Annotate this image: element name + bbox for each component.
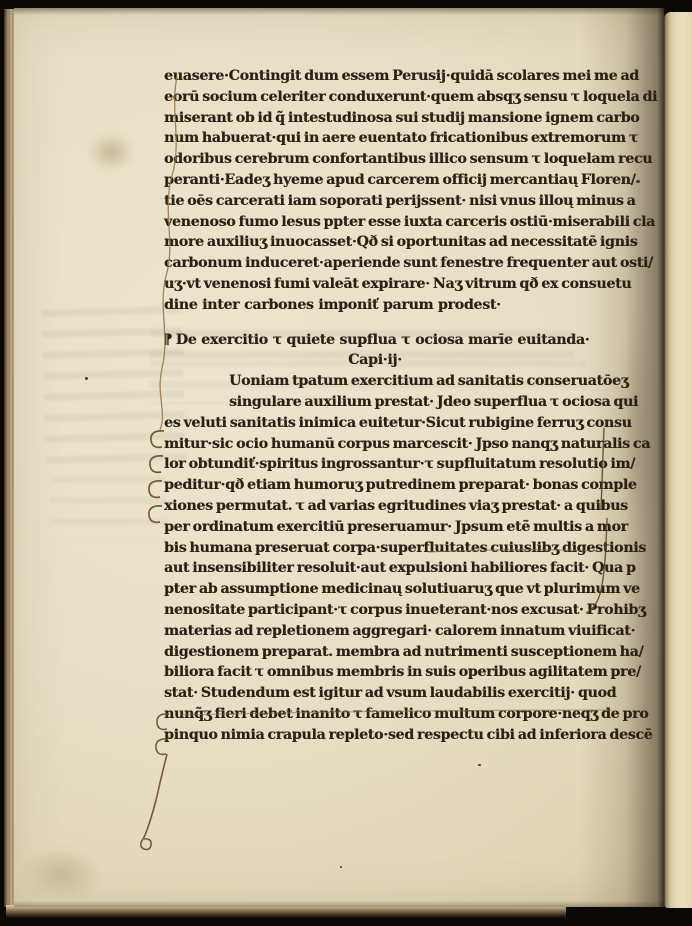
text-line: miserant ob id q̃ intestudinosa sui stud… — [164, 108, 586, 129]
paper-stain — [22, 846, 102, 902]
scan-background: euasere·Contingit dum essem Perusij·quid… — [0, 0, 692, 926]
text-line: euasere·Contingit dum essem Perusij·quid… — [164, 66, 586, 87]
chapter-title: De exercitio τ quiete supflua τ ociosa m… — [176, 332, 590, 348]
ink-speck — [636, 180, 640, 183]
text-line: uʒ·vt venenosi fumi valeāt expirare· Naʒ… — [164, 274, 586, 295]
show-through-ghost — [50, 476, 166, 540]
text-line: peranti·Eadeʒ hyeme apud carcerem offici… — [164, 170, 586, 191]
text-line: venenoso fumo lesus ppter esse iuxta car… — [164, 212, 586, 233]
text-line: digestionem preparat. membra ad nutrimen… — [164, 642, 586, 663]
text-line: pinquo nimia crapula repleto·sed respect… — [164, 725, 586, 746]
text-line: peditur·qð etiam humoruʒ putredinem prep… — [164, 475, 586, 496]
ink-speck — [340, 866, 342, 868]
text-line: nunq̃ʒ fieri debet inanito τ famelico mu… — [164, 704, 586, 725]
text-line: carbonum induceret·aperiende sunt fenest… — [164, 253, 586, 274]
text-line: es veluti sanitatis inimica euitetur·Sic… — [164, 413, 586, 434]
text-line: Uoniam tpatum exercitium ad sanitatis co… — [164, 371, 586, 392]
text-line: nenositate participant·τ corpus inuetera… — [164, 600, 586, 621]
text-line: pter ab assumptione medicinaų solutiuaru… — [164, 579, 586, 600]
text-line: mitur·sic ocio humanū corpus marcescit· … — [164, 434, 586, 455]
chapter-title-line: ¶De exercitio τ quiete supflua τ ociosa … — [164, 330, 586, 351]
text-line: num habuerat·qui in aere euentato fricat… — [164, 128, 586, 149]
next-page-edge — [664, 12, 692, 908]
ink-speck — [85, 377, 88, 380]
text-line: singulare auxilium prestat· Jdeo superfl… — [164, 392, 586, 413]
paragraph-2: Uoniam tpatum exercitium ad sanitatis co… — [164, 371, 586, 745]
text-line: more auxiliuʒ inuocasset·Qð si oportunit… — [164, 232, 586, 253]
text-line: bis humana preseruat corpa·superfluitate… — [164, 538, 586, 559]
text-block: euasere·Contingit dum essem Perusij·quid… — [164, 66, 586, 746]
text-line: biliora facit τ omnibus membris in suis … — [164, 662, 586, 683]
text-line: stat· Studendum est igitur ad vsum lauda… — [164, 683, 586, 704]
text-line: dine inter carbones imponiť parum prodes… — [164, 295, 586, 316]
paper-stain — [88, 132, 134, 172]
text-line: materias ad repletionem aggregari· calor… — [164, 621, 586, 642]
paragraph-1: euasere·Contingit dum essem Perusij·quid… — [164, 66, 586, 316]
text-line: xiones permutat. τ ad varias egritudines… — [164, 496, 586, 517]
text-line: per ordinatum exercitiū preseruamur· Jps… — [164, 517, 586, 538]
text-line: aut insensibiliter resoluit·aut expulsio… — [164, 558, 586, 579]
text-line: eorū socium celeriter conduxerunt·quem a… — [164, 87, 586, 108]
text-line: tie oēs carcerati iam soporati perijssen… — [164, 191, 586, 212]
text-line: odoribus cerebrum confortantibus illico … — [164, 149, 586, 170]
chapter-heading: ¶De exercitio τ quiete supflua τ ociosa … — [164, 330, 586, 372]
ink-speck — [478, 764, 481, 766]
pilcrow-icon: ¶ — [164, 330, 173, 351]
text-line: lor obtundiť·spiritus ingrossantur·τ sup… — [164, 454, 586, 475]
chapter-number: Capi·ij· — [164, 350, 586, 371]
